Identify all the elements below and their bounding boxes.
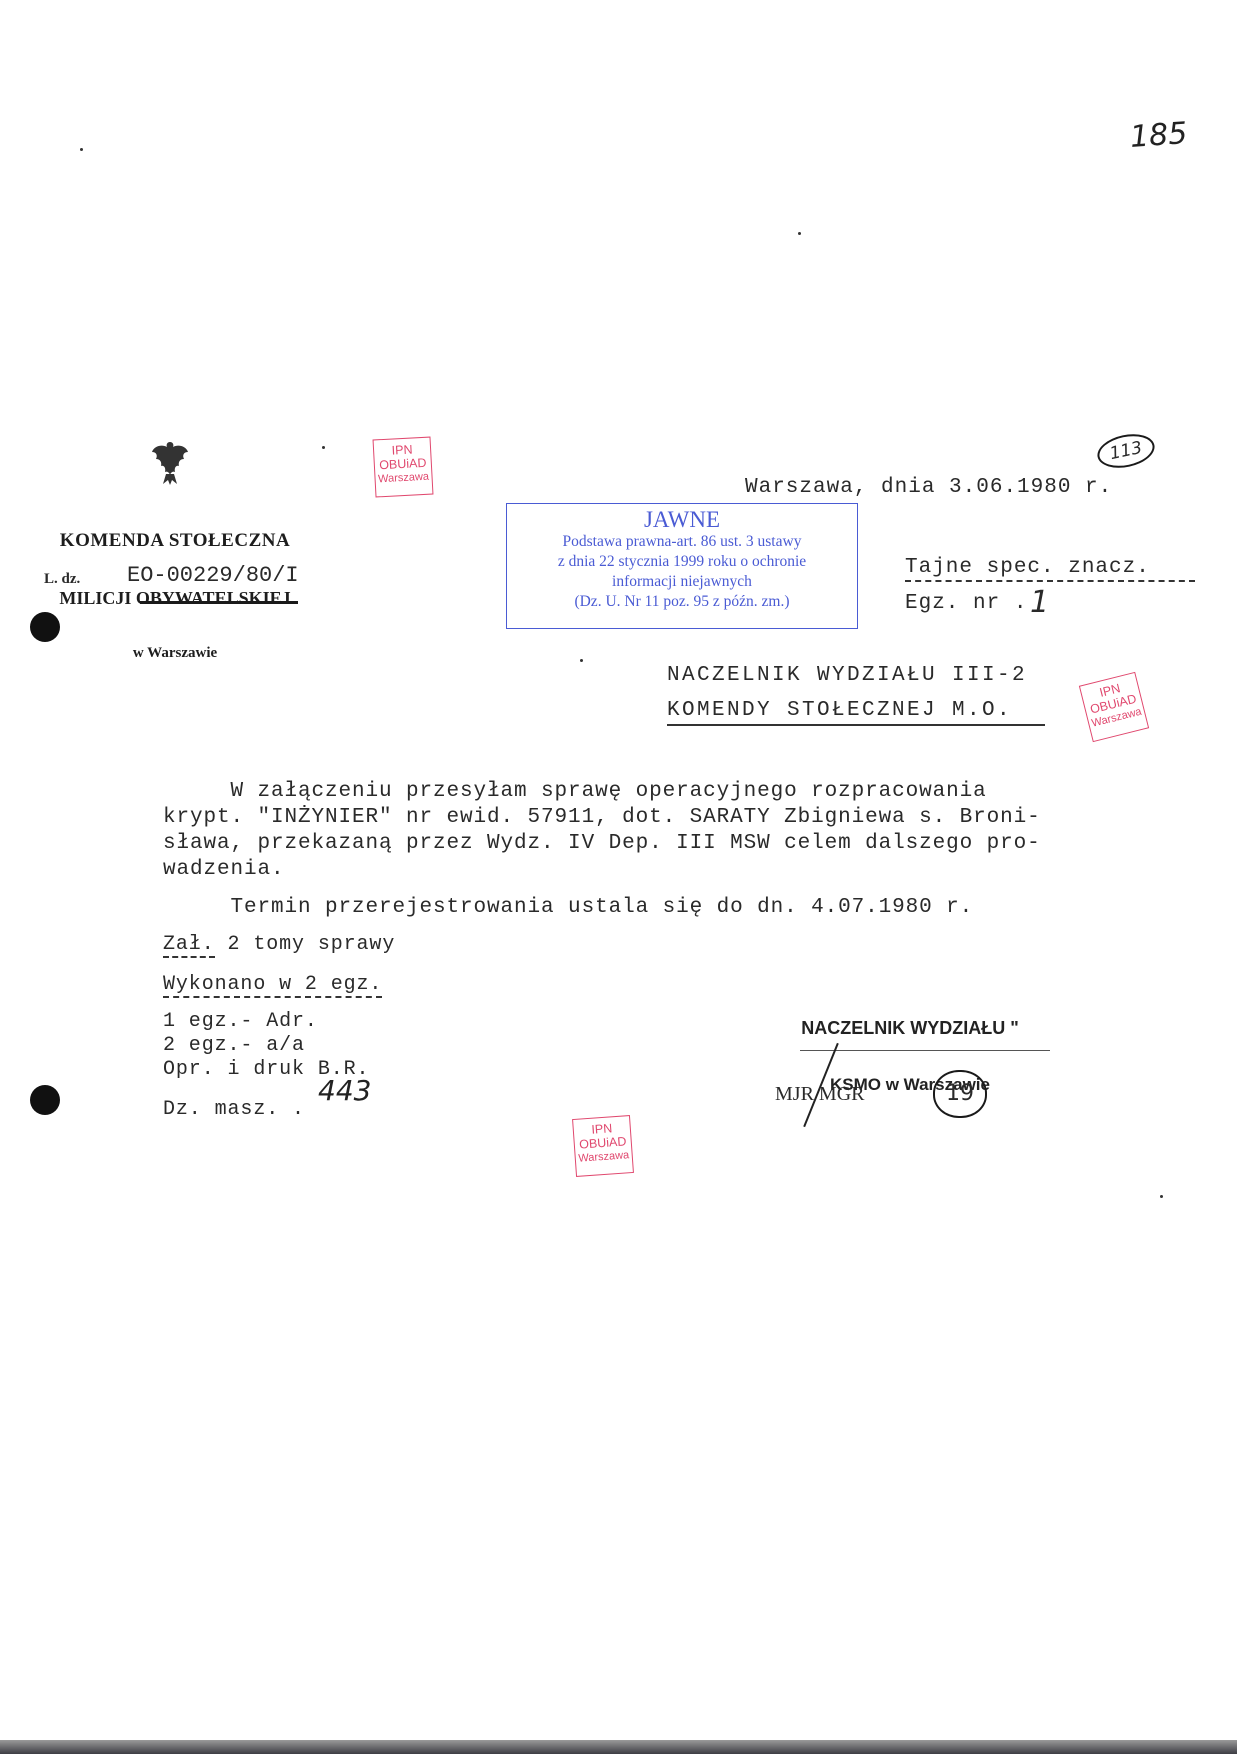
declassification-line: z dnia 22 stycznia 1999 roku o ochronie [507, 552, 857, 572]
page-number: 185 [1129, 116, 1189, 155]
attachment-text: 2 tomy sprawy [215, 933, 396, 956]
scan-speck [580, 659, 583, 662]
body-line: wadzenia. [163, 858, 285, 881]
declassification-line: informacji niejawnych [507, 572, 857, 592]
ipn-stamp: IPN OBUiAD Warszawa [1079, 672, 1149, 742]
attachment-line: Zał. 2 tomy sprawy [163, 933, 395, 956]
body-line: krypt. "INŻYNIER" nr ewid. 57911, dot. S… [163, 806, 1041, 829]
journal-label: Dz. masz. . [163, 1098, 305, 1121]
classification-underline [905, 580, 1195, 582]
scan-speck [1160, 1195, 1163, 1198]
copy-number-label: Egz. nr . [905, 592, 1027, 615]
org-name-line-1: KOMENDA STOŁECZNA [30, 530, 320, 552]
org-name-line-2: MILICJI OBYWATELSKIEJ [30, 588, 320, 609]
circled-page-number: 19 [933, 1070, 987, 1118]
reference-prefix: L. dz. [44, 571, 80, 588]
declassification-line: Podstawa prawna-art. 86 ust. 3 ustawy [507, 532, 857, 552]
recipient-line-1: NACZELNIK WYDZIAŁU III-2 [667, 664, 1027, 687]
reference-underline [140, 601, 298, 604]
classification-clause: Tajne spec. znacz. [905, 556, 1150, 579]
signature-line [800, 1050, 1050, 1051]
scan-speck [80, 148, 83, 151]
declassification-line: (Dz. U. Nr 11 poz. 95 z późn. zm.) [507, 592, 857, 612]
recipient-line-2: KOMENDY STOŁECZNEJ M.O. [667, 699, 1012, 722]
circled-folio-number: 113 [1094, 429, 1157, 472]
body-line: W załączeniu przesyłam sprawę operacyjne… [163, 780, 987, 803]
polish-eagle-icon [148, 438, 192, 486]
declassification-title: JAWNE [507, 508, 857, 532]
signature-stamp-line-1: NACZELNIK WYDZIAŁU " [760, 1018, 1060, 1039]
ipn-stamp-line: Warszawa [375, 470, 432, 487]
scanner-edge [0, 1740, 1237, 1754]
copies-made-line: Wykonano w 2 egz. [163, 973, 382, 996]
journal-number-handwritten: 443 [318, 1074, 371, 1107]
scan-speck [798, 232, 801, 235]
punch-hole-icon [30, 612, 60, 642]
deadline-line: Termin przerejestrowania ustala się do d… [163, 896, 973, 919]
org-name-line-3: w Warszawie [30, 645, 320, 662]
distribution-line: 2 egz.- a/a [163, 1034, 305, 1057]
declassification-stamp: JAWNE Podstawa prawna-art. 86 ust. 3 ust… [506, 503, 858, 629]
signatory-rank: MJR MGR [775, 1083, 864, 1106]
scan-speck [322, 446, 325, 449]
punch-hole-icon [30, 1085, 60, 1115]
ipn-stamp-line: Warszawa [575, 1148, 632, 1166]
place-and-date: Warszawa, dnia 3.06.1980 r. [745, 476, 1112, 499]
body-line: sława, przekazaną przez Wydz. IV Dep. II… [163, 832, 1041, 855]
reference-number: EO-00229/80/I [127, 563, 299, 588]
attachment-label: Zał. [163, 933, 215, 958]
distribution-line: 1 egz.- Adr. [163, 1010, 318, 1033]
copy-number-handwritten: 1 [1030, 585, 1049, 620]
ipn-stamp: IPN OBUiAD Warszawa [572, 1115, 634, 1177]
recipient-underline [667, 724, 1045, 726]
ipn-stamp: IPN OBUiAD Warszawa [373, 437, 434, 498]
copies-made: Wykonano w 2 egz. [163, 973, 382, 998]
